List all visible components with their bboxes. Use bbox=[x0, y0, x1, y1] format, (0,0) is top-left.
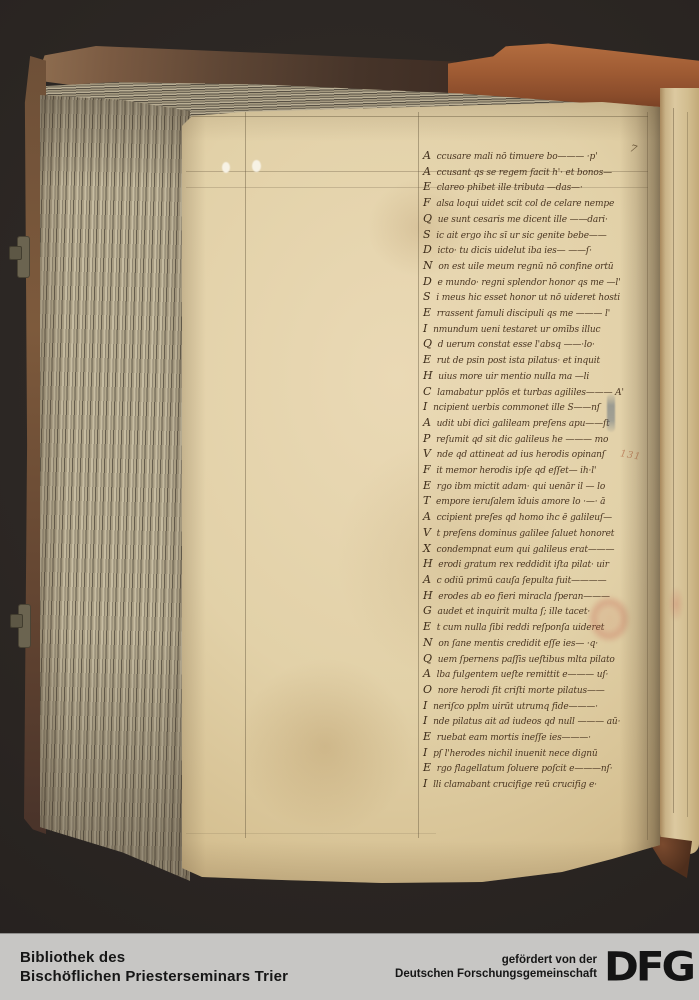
footer-credit-band: Bibliothek des Bischöflichen Priestersem… bbox=[0, 933, 699, 1000]
ruling-horizontal-top bbox=[186, 116, 648, 117]
stamp-bleed-secondary bbox=[668, 586, 684, 622]
gutter-shadow bbox=[620, 102, 660, 888]
funder-credit: gefördert von der Deutschen Forschungsge… bbox=[395, 953, 597, 981]
manuscript-photo: 7 A ccusare mali nō timuere bo——— ·p'A c… bbox=[0, 0, 699, 1000]
library-name-line2: Bischöflichen Priesterseminars Trier bbox=[20, 967, 288, 986]
book-clasp-upper bbox=[17, 236, 30, 278]
book-clasp-lower bbox=[18, 604, 31, 648]
ruling-vertical-column-left bbox=[418, 112, 419, 838]
blue-pigment-smudge bbox=[607, 394, 615, 432]
funder-credit-line2: Deutschen Forschungsgemeinschaft bbox=[395, 967, 597, 981]
facing-page-sliver bbox=[660, 88, 699, 854]
parchment-fleck bbox=[252, 160, 261, 172]
library-name-line1: Bibliothek des bbox=[20, 948, 288, 967]
funder-credit-line1: gefördert von der bbox=[395, 953, 597, 967]
parchment-fleck bbox=[222, 162, 230, 173]
book-fore-edge-page-stack bbox=[40, 92, 190, 884]
ruling-vertical-margin bbox=[245, 112, 246, 838]
parchment-page: 7 A ccusare mali nō timuere bo——— ·p'A c… bbox=[182, 102, 660, 888]
dfg-logo: DFG bbox=[604, 947, 693, 987]
ruling-horizontal-bottom bbox=[186, 833, 436, 834]
library-name: Bibliothek des Bischöflichen Priestersem… bbox=[20, 948, 288, 986]
